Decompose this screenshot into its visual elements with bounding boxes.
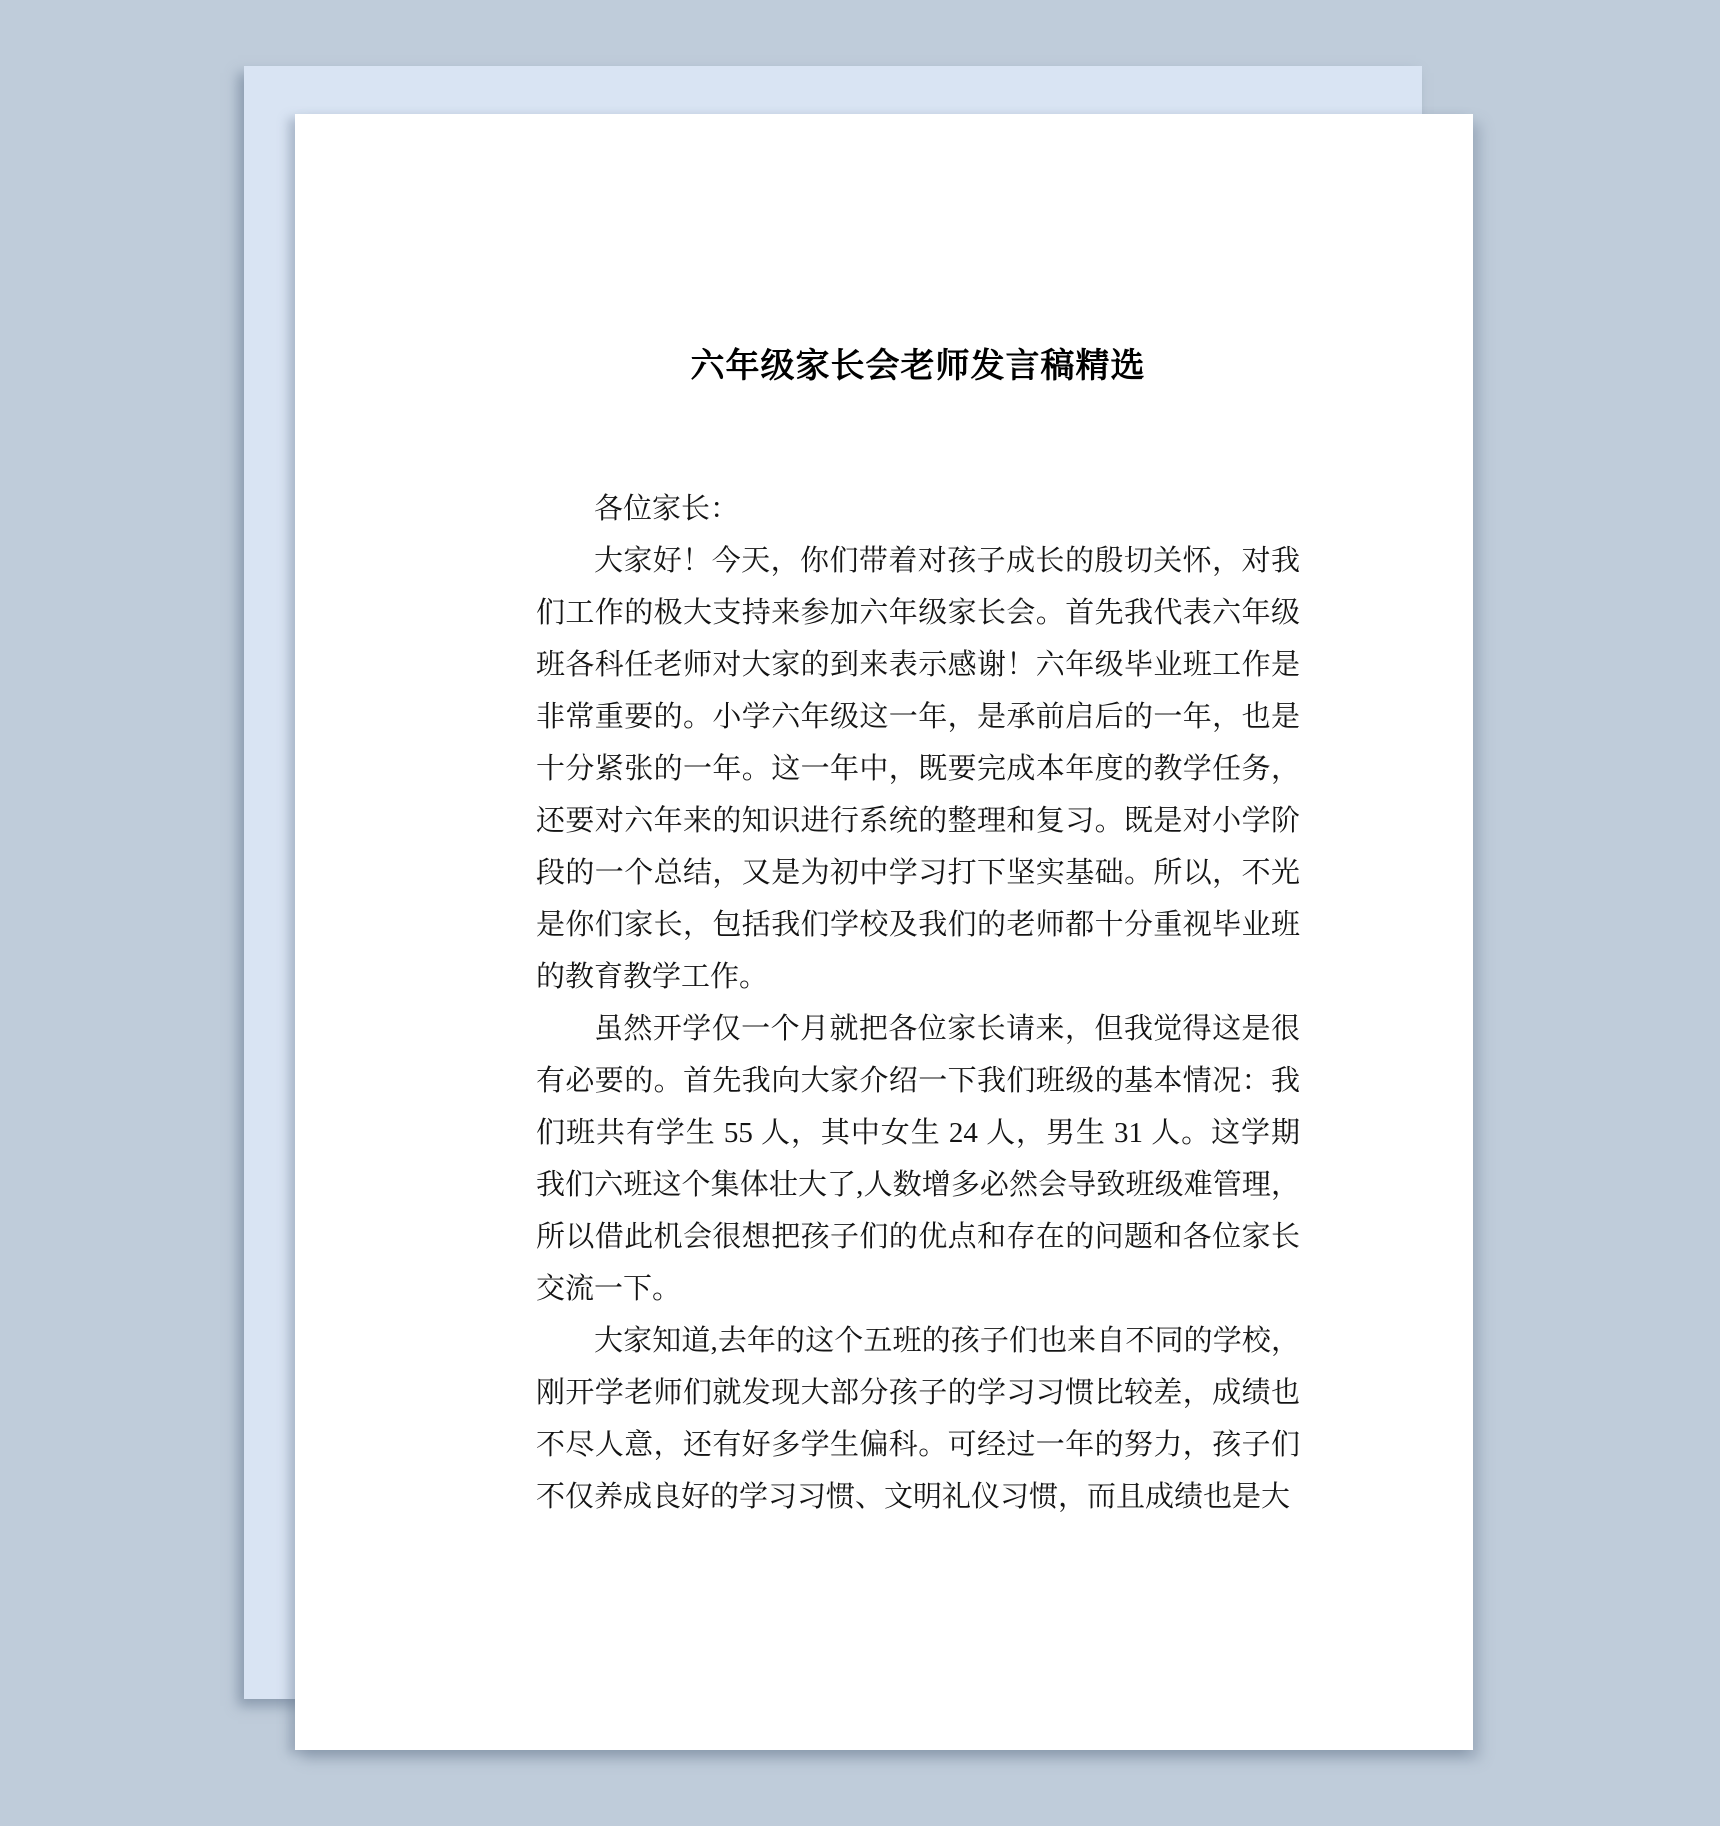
paragraph: 大家好！今天，你们带着对孩子成长的殷切关怀，对我们工作的极大支持来参加六年级家长… [536,535,1300,1003]
document-preview-canvas: 六年级家长会老师发言稿精选 各位家长： 大家好！今天，你们带着对孩子成长的殷切关… [0,0,1720,1826]
salutation-line: 各位家长： [536,483,1300,535]
document-body: 各位家长： 大家好！今天，你们带着对孩子成长的殷切关怀，对我们工作的极大支持来参… [536,483,1300,1523]
document-page: 六年级家长会老师发言稿精选 各位家长： 大家好！今天，你们带着对孩子成长的殷切关… [295,114,1473,1750]
document-title: 六年级家长会老师发言稿精选 [536,343,1300,391]
paragraph: 大家知道,去年的这个五班的孩子们也来自不同的学校，刚开学老师们就发现大部分孩子的… [536,1315,1300,1523]
paragraph: 虽然开学仅一个月就把各位家长请来，但我觉得这是很有必要的。首先我向大家介绍一下我… [536,1003,1300,1315]
